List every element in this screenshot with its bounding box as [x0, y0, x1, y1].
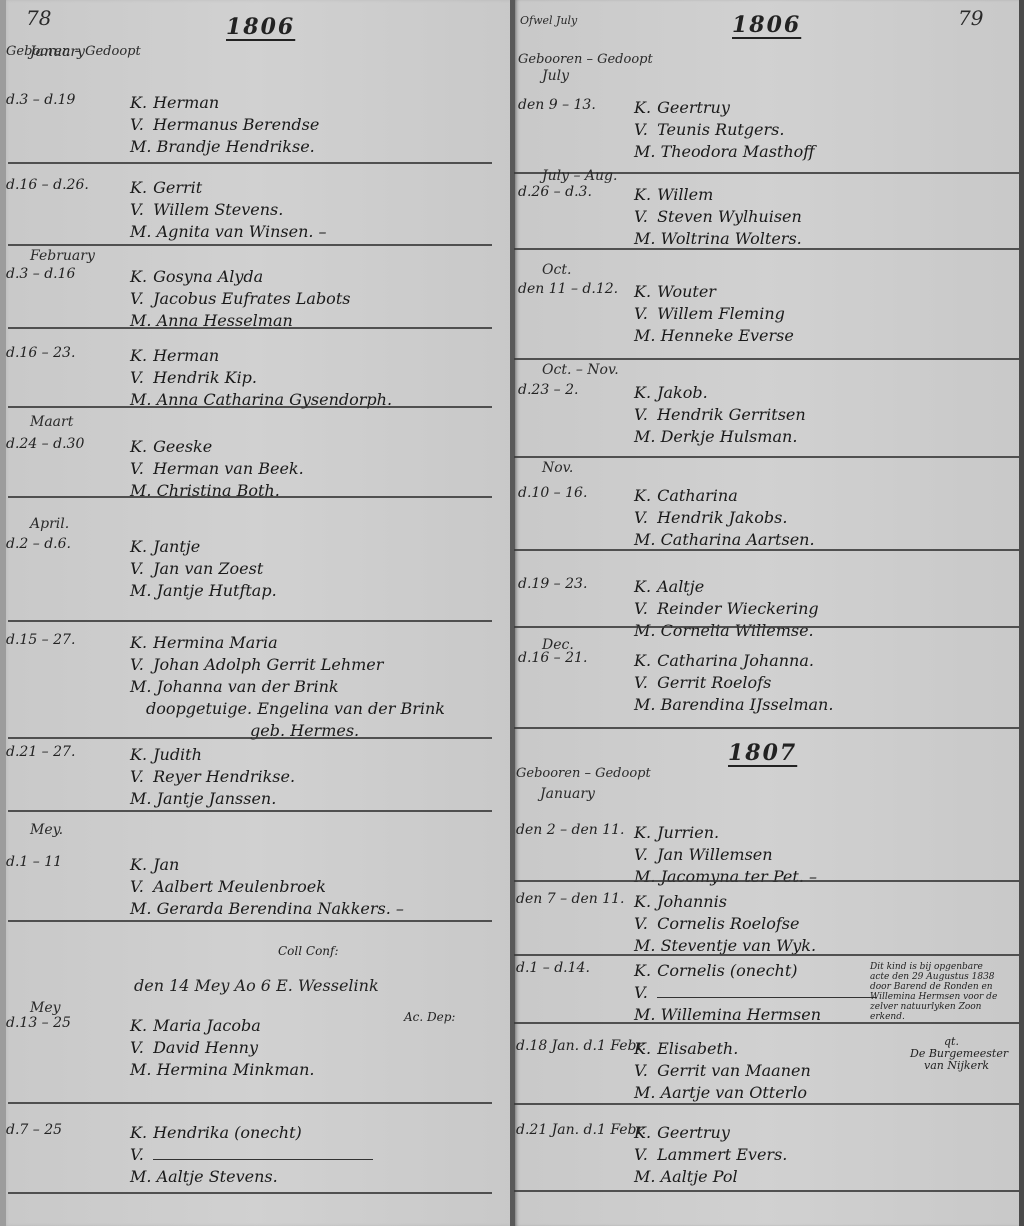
names-block: K. JohannisV. Cornelis RoelofseM. Steven…: [634, 891, 816, 957]
mother-role-label: M.: [130, 788, 151, 810]
father-name-line: V. Willem Stevens.: [130, 199, 327, 221]
child-name-line: K. Jantje: [130, 536, 277, 558]
ruled-divider: [8, 406, 492, 408]
father-name-line: V. Johan Adolph Gerrit Lehmer: [130, 654, 445, 676]
month-label: January: [540, 786, 595, 802]
mother-role-label: M.: [130, 1059, 151, 1081]
month-label: Mey: [30, 1000, 61, 1016]
birth-baptism-dates: den 9 – 13.: [518, 97, 596, 113]
names-block: K. HermanV. Hendrik Kip.M. Anna Catharin…: [130, 345, 392, 411]
child-name: Hendrika (onecht): [153, 1123, 302, 1142]
child-name: Herman: [153, 93, 219, 112]
father-name: Hendrik Jakobs.: [657, 508, 787, 527]
child-role-label: K.: [634, 382, 652, 404]
birth-baptism-dates: d.7 – 25: [6, 1122, 62, 1138]
month-label: April.: [30, 516, 69, 532]
father-role-label: V.: [130, 1144, 148, 1166]
child-name: Herman: [153, 346, 219, 365]
father-role-label: V.: [130, 1037, 148, 1059]
father-name: Gerrit Roelofs: [657, 673, 771, 692]
month-label: Oct. – Nov.: [542, 362, 619, 378]
left-page-year: 1806: [226, 14, 295, 40]
names-block: K. Elisabeth.V. Gerrit van MaanenM. Aart…: [634, 1038, 811, 1104]
mother-name: Catharina Aartsen.: [661, 530, 815, 549]
child-name: Geertruy: [657, 1123, 730, 1142]
left-page-number: 78: [26, 6, 51, 30]
page-edge-right: [1019, 0, 1024, 1226]
names-block: K. JudithV. Reyer Hendrikse.M. Jantje Ja…: [130, 744, 295, 810]
child-name-line: K. Cornelis (onecht): [634, 960, 877, 982]
father-name-line: V. Gerrit Roelofs: [634, 672, 833, 694]
father-name: [657, 983, 877, 998]
father-name: Lammert Evers.: [657, 1145, 787, 1164]
child-name: Johannis: [657, 892, 727, 911]
mother-name: Barendina IJsselman.: [661, 695, 834, 714]
birth-baptism-dates: d.21 Jan. d.1 Febr.: [516, 1122, 646, 1138]
mother-role-label: M.: [130, 480, 151, 502]
birth-baptism-dates: d.15 – 27.: [6, 632, 75, 648]
father-name: Johan Adolph Gerrit Lehmer: [153, 655, 383, 674]
ruled-divider: [8, 620, 492, 622]
child-name: Jantje: [153, 537, 200, 556]
child-role-label: K.: [130, 92, 148, 114]
names-block: K. Gosyna AlydaV. Jacobus Eufrates Labot…: [130, 266, 350, 332]
father-name-line: V. Hendrik Gerritsen: [634, 404, 806, 426]
child-name-line: K. Gerrit: [130, 177, 327, 199]
mother-name: Hermina Minkman.: [157, 1060, 315, 1079]
child-name: Gerrit: [153, 178, 202, 197]
mother-role-label: M.: [130, 221, 151, 243]
mother-name-line: M. Barendina IJsselman.: [634, 694, 833, 716]
mother-name: Cornelia Willemse.: [661, 621, 814, 640]
right-page-year-1807: 1807: [728, 740, 797, 766]
father-name-line: V. Gerrit van Maanen: [634, 1060, 811, 1082]
father-role-label: V.: [634, 119, 652, 141]
child-name-line: K. Jakob.: [634, 382, 806, 404]
names-block: K. Cornelis (onecht)V. M. Willemina Herm…: [634, 960, 877, 1026]
child-name-line: K. Catharina: [634, 485, 815, 507]
names-block: K. CatharinaV. Hendrik Jakobs.M. Cathari…: [634, 485, 815, 551]
month-label: July – Aug.: [542, 168, 617, 184]
child-name-line: K. Wouter: [634, 281, 794, 303]
birth-baptism-dates: d.13 – 25: [6, 1015, 71, 1031]
mother-role-label: M.: [130, 136, 151, 158]
month-label: Nov.: [542, 460, 573, 476]
names-block: K. GeeskeV. Herman van Beek.M. Christina…: [130, 436, 304, 502]
birth-baptism-dates: d.2 – d.6.: [6, 536, 71, 552]
witness-line: doopgetuige. Engelina van der Brink: [130, 698, 445, 720]
mother-role-label: M.: [634, 426, 655, 448]
father-name-line: V. Willem Fleming: [634, 303, 794, 325]
father-name-line: V. Jacobus Eufrates Labots: [130, 288, 350, 310]
birth-baptism-dates: d.18 Jan. d.1 Febr.: [516, 1038, 646, 1054]
names-block: K. Maria JacobaV. David HennyM. Hermina …: [130, 1015, 314, 1081]
father-role-label: V.: [634, 982, 652, 1004]
birth-baptism-dates: d.1 – 11: [6, 854, 62, 870]
mother-name-line: M. Derkje Hulsman.: [634, 426, 806, 448]
birth-baptism-dates: d.26 – d.3.: [518, 184, 592, 200]
names-block: K. Catharina Johanna.V. Gerrit RoelofsM.…: [634, 650, 833, 716]
mother-role-label: M.: [634, 141, 655, 163]
father-name: Willem Stevens.: [153, 200, 283, 219]
birth-baptism-dates: den 2 – den 11.: [516, 822, 625, 838]
month-label: Maart: [30, 414, 73, 430]
mother-name-line: M. Jantje Hutftap.: [130, 580, 277, 602]
mother-role-label: M.: [634, 529, 655, 551]
mother-name-line: M. Jantje Janssen.: [130, 788, 295, 810]
mother-name: Derkje Hulsman.: [661, 427, 798, 446]
child-role-label: K.: [634, 1038, 652, 1060]
book-spine: [510, 0, 515, 1226]
names-block: K. JantjeV. Jan van ZoestM. Jantje Hutft…: [130, 536, 277, 602]
mother-role-label: M.: [634, 866, 655, 888]
child-role-label: K.: [130, 1015, 148, 1037]
child-name: Wouter: [657, 282, 716, 301]
child-name: Catharina Johanna.: [657, 651, 814, 670]
mother-name-line: M. Hermina Minkman.: [130, 1059, 314, 1081]
ruled-divider: [8, 920, 492, 922]
child-role-label: K.: [634, 184, 652, 206]
father-name: Hermanus Berendse: [153, 115, 319, 134]
child-name-line: K. Catharina Johanna.: [634, 650, 833, 672]
ruled-divider: [8, 1192, 492, 1194]
ruled-divider: [8, 737, 492, 739]
right-page-year: 1806: [732, 12, 801, 38]
ruled-divider: [514, 1190, 1019, 1192]
collation-signature: Ac. Dep:: [404, 1010, 455, 1024]
father-name: Jan van Zoest: [153, 559, 263, 578]
right-corner-note: Ofwel July: [520, 14, 577, 27]
father-name: Hendrik Gerritsen: [657, 405, 806, 424]
child-name: Elisabeth.: [657, 1039, 738, 1058]
mother-role-label: M.: [634, 1166, 655, 1188]
mother-name: Jantje Hutftap.: [157, 581, 277, 600]
right-page-number: 79: [958, 6, 983, 30]
child-name-line: K. Hermina Maria: [130, 632, 445, 654]
father-name-line: V. David Henny: [130, 1037, 314, 1059]
father-role-label: V.: [634, 844, 652, 866]
names-block: K. GerritV. Willem Stevens.M. Agnita van…: [130, 177, 327, 243]
ruled-divider: [8, 496, 492, 498]
ruled-divider: [514, 1022, 1019, 1024]
birth-baptism-dates: d.23 – 2.: [518, 382, 578, 398]
birth-baptism-dates: den 7 – den 11.: [516, 891, 625, 907]
mother-name: Aartje van Otterlo: [661, 1083, 808, 1102]
names-block: K. Jakob.V. Hendrik GerritsenM. Derkje H…: [634, 382, 806, 448]
child-role-label: K.: [634, 1122, 652, 1144]
father-role-label: V.: [130, 367, 148, 389]
names-block: K. Hendrika (onecht)V. M. Aaltje Stevens…: [130, 1122, 373, 1188]
mother-name: Theodora Masthoff: [661, 142, 815, 161]
ruled-divider: [514, 727, 1019, 729]
father-name: Herman van Beek.: [153, 459, 304, 478]
child-name-line: K. Willem: [634, 184, 802, 206]
mother-name: Jacomyna ter Pet. –: [661, 867, 817, 886]
father-role-label: V.: [130, 458, 148, 480]
ruled-divider: [514, 456, 1019, 458]
father-name-line: V. Cornelis Roelofse: [634, 913, 816, 935]
father-name-line: V. Herman van Beek.: [130, 458, 304, 480]
mother-name-line: M. Agnita van Winsen. –: [130, 221, 327, 243]
father-name: Willem Fleming: [657, 304, 785, 323]
mother-role-label: M.: [634, 694, 655, 716]
father-name-line: V. Reinder Wieckering: [634, 598, 819, 620]
ruled-divider: [8, 162, 492, 164]
father-name-line: V. Steven Wylhuisen: [634, 206, 802, 228]
mother-name: Agnita van Winsen. –: [157, 222, 327, 241]
child-role-label: K.: [634, 891, 652, 913]
ruled-divider: [8, 1102, 492, 1104]
father-role-label: V.: [634, 1144, 652, 1166]
child-name: Aaltje: [657, 577, 704, 596]
mother-name: Gerarda Berendina Nakkers. –: [157, 899, 404, 918]
child-name-line: K. Jurrien.: [634, 822, 817, 844]
father-name: [153, 1145, 373, 1160]
child-name: Willem: [657, 185, 713, 204]
father-role-label: V.: [634, 206, 652, 228]
child-name-line: K. Herman: [130, 345, 392, 367]
mother-name: Jantje Janssen.: [157, 789, 277, 808]
month-label: February: [30, 248, 95, 264]
ruled-divider: [514, 248, 1019, 250]
birth-baptism-dates: d.16 – d.26.: [6, 177, 89, 193]
child-name-line: K. Johannis: [634, 891, 816, 913]
child-name-line: K. Jan: [130, 854, 404, 876]
child-name-line: K. Geertruy: [634, 1122, 787, 1144]
father-role-label: V.: [130, 288, 148, 310]
mother-name: Steventje van Wyk.: [661, 936, 817, 955]
mother-name-line: M. Christina Both.: [130, 480, 304, 502]
father-role-label: V.: [634, 507, 652, 529]
mother-name: Aaltje Pol: [661, 1167, 738, 1186]
ruled-divider: [8, 810, 492, 812]
birth-baptism-dates: d.1 – d.14.: [516, 960, 590, 976]
mother-name: Aaltje Stevens.: [157, 1167, 278, 1186]
ruled-divider: [514, 880, 1019, 882]
birth-baptism-dates: d.19 – 23.: [518, 576, 587, 592]
margin-signature: qt. De Burgemeester van Nijkerk: [910, 1036, 1008, 1072]
child-role-label: K.: [130, 632, 148, 654]
child-role-label: K.: [130, 177, 148, 199]
mother-role-label: M.: [634, 1082, 655, 1104]
father-name: David Henny: [153, 1038, 258, 1057]
birth-baptism-dates: d.10 – 16.: [518, 485, 587, 501]
child-role-label: K.: [130, 266, 148, 288]
father-name-line: V.: [634, 982, 877, 1004]
father-name-line: V. Hendrik Kip.: [130, 367, 392, 389]
child-name-line: K. Hendrika (onecht): [130, 1122, 373, 1144]
father-name-line: V. Teunis Rutgers.: [634, 119, 815, 141]
names-block: K. WillemV. Steven WylhuisenM. Woltrina …: [634, 184, 802, 250]
father-name-line: V. Reyer Hendrikse.: [130, 766, 295, 788]
mother-name-line: M. Cornelia Willemse.: [634, 620, 819, 642]
child-name: Geeske: [153, 437, 212, 456]
mother-role-label: M.: [130, 676, 151, 698]
father-name: Aalbert Meulenbroek: [153, 877, 326, 896]
mother-role-label: M.: [634, 620, 655, 642]
mother-name-line: M. Jacomyna ter Pet. –: [634, 866, 817, 888]
mother-role-label: M.: [130, 1166, 151, 1188]
child-name: Jurrien.: [657, 823, 719, 842]
month-label: July: [542, 68, 569, 84]
child-name: Hermina Maria: [153, 633, 278, 652]
birth-baptism-dates: d.3 – d.19: [6, 92, 75, 108]
child-role-label: K.: [634, 281, 652, 303]
father-role-label: V.: [634, 303, 652, 325]
child-role-label: K.: [130, 744, 148, 766]
child-role-label: K.: [634, 960, 652, 982]
mother-name: Henneke Everse: [661, 326, 794, 345]
birth-baptism-dates: d.16 – 23.: [6, 345, 75, 361]
father-role-label: V.: [130, 766, 148, 788]
mother-name-line: M. Woltrina Wolters.: [634, 228, 802, 250]
child-name-line: K. Judith: [130, 744, 295, 766]
child-name: Maria Jacoba: [153, 1016, 261, 1035]
child-name-line: K. Maria Jacoba: [130, 1015, 314, 1037]
mother-name-line: M. Theodora Masthoff: [634, 141, 815, 163]
month-label: Oct.: [542, 262, 571, 278]
child-name: Judith: [153, 745, 202, 764]
right-column-header-1807: Gebooren – Gedoopt: [516, 766, 651, 781]
margin-note: Dit kind is bij opgenbare acte den 29 Au…: [870, 962, 998, 1022]
child-role-label: K.: [634, 822, 652, 844]
mother-name-line: M. Brandje Hendrikse.: [130, 136, 319, 158]
mother-name-line: M. Aaltje Stevens.: [130, 1166, 373, 1188]
father-name-line: V. Lammert Evers.: [634, 1144, 787, 1166]
mother-name-line: M. Henneke Everse: [634, 325, 794, 347]
child-name: Gosyna Alyda: [153, 267, 263, 286]
names-block: K. GeertruyV. Lammert Evers.M. Aaltje Po…: [634, 1122, 787, 1188]
mother-name-line: M. Gerarda Berendina Nakkers. –: [130, 898, 404, 920]
father-role-label: V.: [130, 876, 148, 898]
father-name-line: V. Jan Willemsen: [634, 844, 817, 866]
month-label: Mey.: [30, 822, 63, 838]
ruled-divider: [8, 327, 492, 329]
ruled-divider: [514, 1103, 1019, 1105]
margin-signature-place: van Nijkerk: [910, 1060, 1008, 1072]
father-role-label: V.: [634, 1060, 652, 1082]
mother-name: Brandje Hendrikse.: [157, 137, 315, 156]
birth-baptism-dates: d.21 – 27.: [6, 744, 75, 760]
child-name: Geertruy: [657, 98, 730, 117]
father-role-label: V.: [634, 404, 652, 426]
mother-role-label: M.: [130, 898, 151, 920]
ruled-divider: [514, 358, 1019, 360]
collation-heading: Coll Conf:: [278, 944, 339, 958]
child-name: Catharina: [657, 486, 738, 505]
mother-role-label: M.: [634, 325, 655, 347]
birth-baptism-dates: den 11 – d.12.: [518, 281, 618, 297]
father-name-line: V. Hermanus Berendse: [130, 114, 319, 136]
ruled-divider: [514, 549, 1019, 551]
father-name-line: V. Aalbert Meulenbroek: [130, 876, 404, 898]
mother-role-label: M.: [130, 580, 151, 602]
right-column-header: Gebooren – Gedoopt: [518, 52, 653, 67]
father-name: Steven Wylhuisen: [657, 207, 802, 226]
father-name: Gerrit van Maanen: [657, 1061, 811, 1080]
child-role-label: K.: [634, 97, 652, 119]
child-role-label: K.: [130, 854, 148, 876]
child-name: Cornelis (onecht): [657, 961, 797, 980]
mother-name-line: M. Aaltje Pol: [634, 1166, 787, 1188]
names-block: K. Hermina MariaV. Johan Adolph Gerrit L…: [130, 632, 445, 742]
month-label: January: [30, 44, 85, 60]
child-name-line: K. Elisabeth.: [634, 1038, 811, 1060]
child-role-label: K.: [634, 576, 652, 598]
ruled-divider: [514, 626, 1019, 628]
birth-baptism-dates: d.3 – d.16: [6, 266, 75, 282]
father-name: Reinder Wieckering: [657, 599, 819, 618]
child-name-line: K. Aaltje: [634, 576, 819, 598]
father-role-label: V.: [634, 672, 652, 694]
child-role-label: K.: [130, 436, 148, 458]
child-name-line: K. Geertruy: [634, 97, 815, 119]
mother-name: Johanna van der Brink: [157, 677, 339, 696]
father-role-label: V.: [130, 654, 148, 676]
names-block: K. GeertruyV. Teunis Rutgers.M. Theodora…: [634, 97, 815, 163]
mother-name-line: M. Aartje van Otterlo: [634, 1082, 811, 1104]
father-name: Cornelis Roelofse: [657, 914, 799, 933]
ruled-divider: [514, 954, 1019, 956]
mother-name: Woltrina Wolters.: [661, 229, 802, 248]
father-role-label: V.: [130, 114, 148, 136]
child-name: Jan: [153, 855, 179, 874]
child-role-label: K.: [130, 345, 148, 367]
father-name: Teunis Rutgers.: [657, 120, 784, 139]
father-role-label: V.: [130, 199, 148, 221]
child-name-line: K. Gosyna Alyda: [130, 266, 350, 288]
birth-baptism-dates: d.16 – 21.: [518, 650, 587, 666]
child-role-label: K.: [130, 536, 148, 558]
father-name-line: V. Hendrik Jakobs.: [634, 507, 815, 529]
father-role-label: V.: [634, 913, 652, 935]
child-name-line: K. Geeske: [130, 436, 304, 458]
names-block: K. Jurrien.V. Jan WillemsenM. Jacomyna t…: [634, 822, 817, 888]
child-role-label: K.: [634, 650, 652, 672]
names-block: K. WouterV. Willem FlemingM. Henneke Eve…: [634, 281, 794, 347]
father-name: Hendrik Kip.: [153, 368, 257, 387]
collation-line: den 14 Mey Ao 6 E. Wesselink: [134, 976, 379, 995]
child-role-label: K.: [634, 485, 652, 507]
child-role-label: K.: [130, 1122, 148, 1144]
mother-role-label: M.: [634, 228, 655, 250]
mother-name-line: M. Catharina Aartsen.: [634, 529, 815, 551]
child-name-line: K. Herman: [130, 92, 319, 114]
father-role-label: V.: [130, 558, 148, 580]
names-block: K. JanV. Aalbert MeulenbroekM. Gerarda B…: [130, 854, 404, 920]
birth-baptism-dates: d.24 – d.30: [6, 436, 84, 452]
father-role-label: V.: [634, 598, 652, 620]
names-block: K. HermanV. Hermanus BerendseM. Brandje …: [130, 92, 319, 158]
father-name-line: V. Jan van Zoest: [130, 558, 277, 580]
father-name: Jan Willemsen: [657, 845, 772, 864]
mother-name-line: M. Johanna van der Brink: [130, 676, 445, 698]
father-name: Jacobus Eufrates Labots: [153, 289, 350, 308]
child-name: Jakob.: [657, 383, 708, 402]
ruled-divider: [8, 244, 492, 246]
father-name-line: V.: [130, 1144, 373, 1166]
father-name: Reyer Hendrikse.: [153, 767, 295, 786]
names-block: K. AaltjeV. Reinder WieckeringM. Corneli…: [634, 576, 819, 642]
